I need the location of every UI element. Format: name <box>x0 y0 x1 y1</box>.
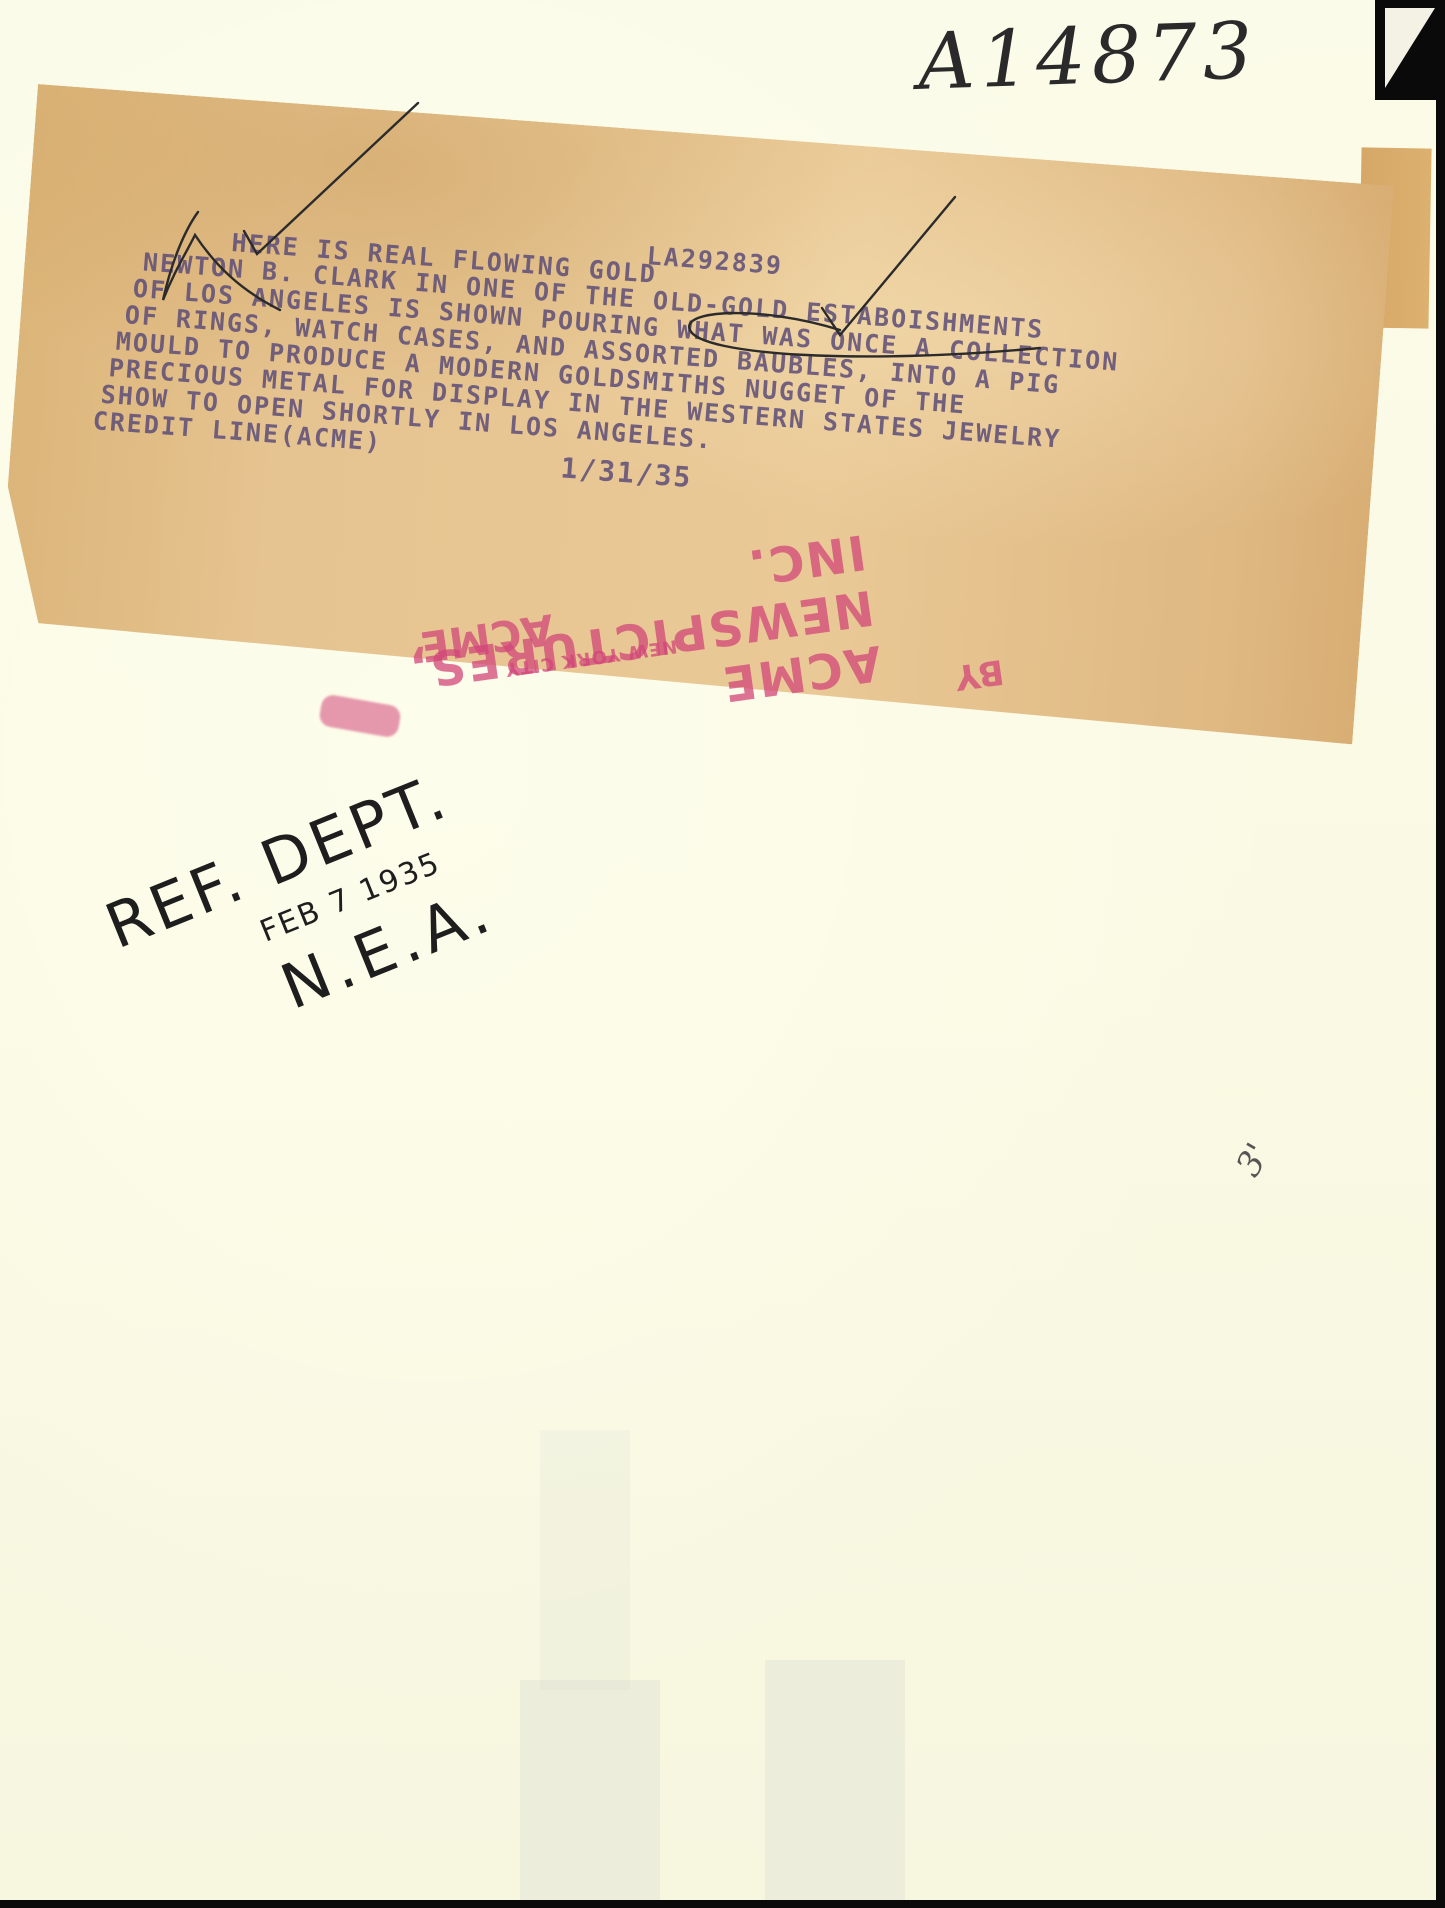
paper-stain <box>540 1430 630 1690</box>
folded-corner <box>1375 0 1445 100</box>
negative-number: LA292839 <box>646 242 784 279</box>
paper-stain <box>520 1680 660 1900</box>
caption-date: 1/31/35 <box>560 454 694 491</box>
paper-stain <box>765 1660 905 1900</box>
handwritten-archive-id: A14873 <box>917 6 1260 108</box>
corner-flap <box>1385 8 1435 88</box>
agency-stamp-fragment: BY <box>953 651 1007 697</box>
